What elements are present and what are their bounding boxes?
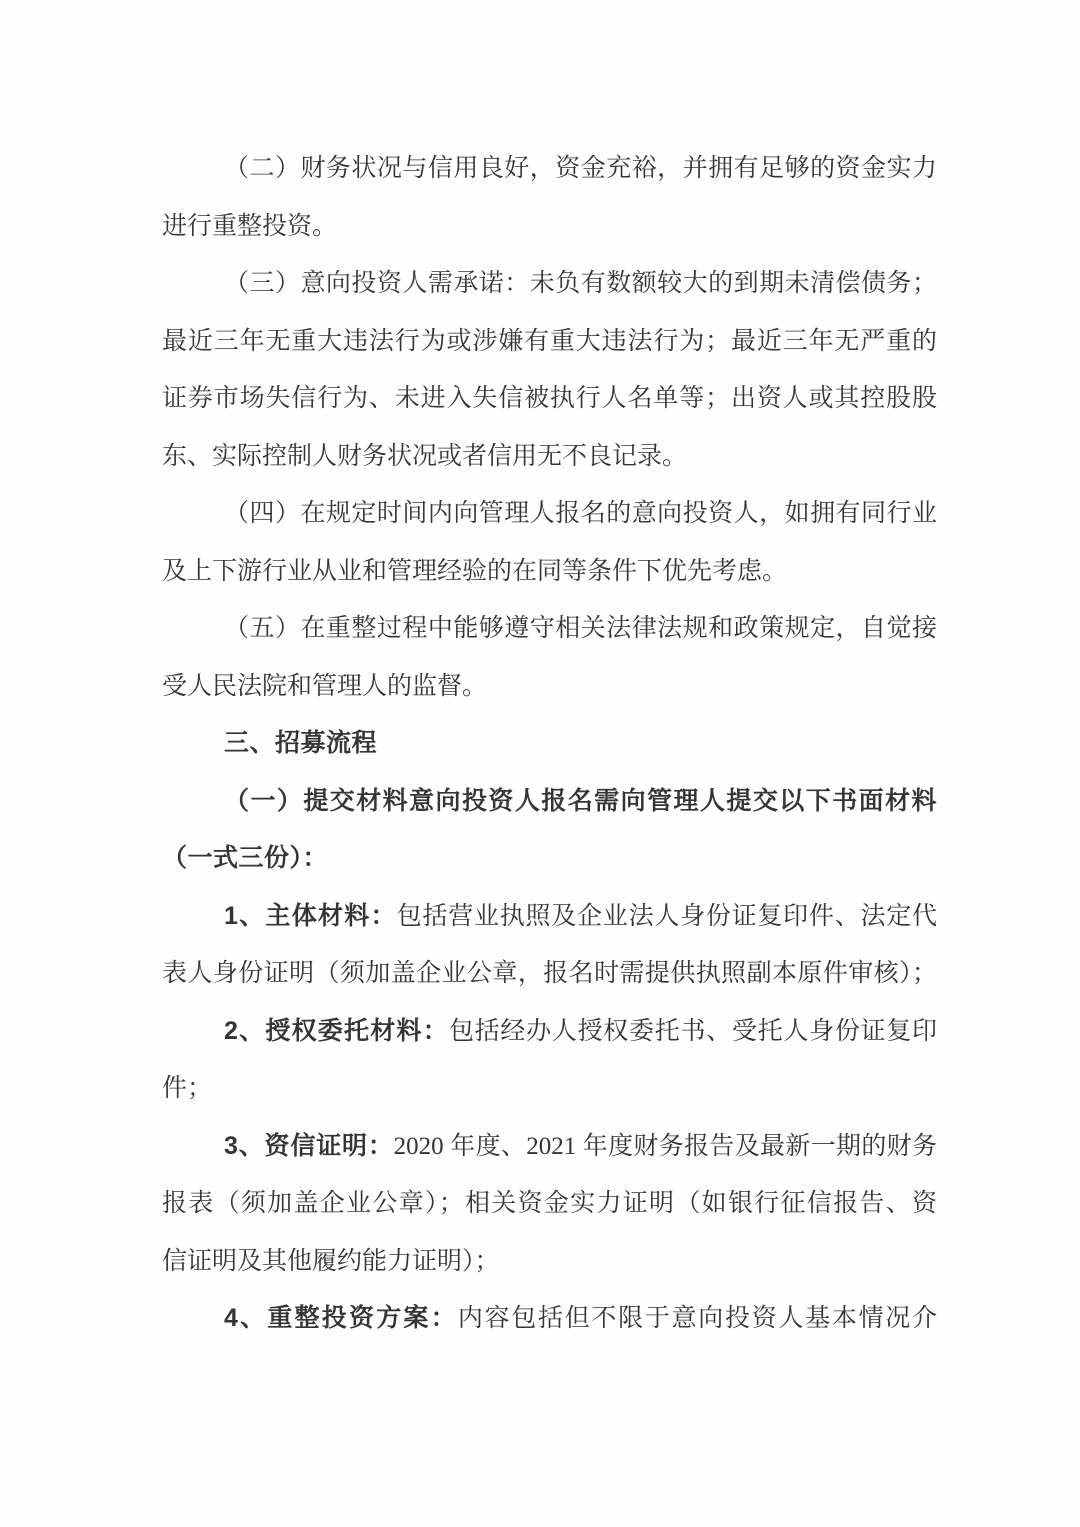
document-page: （二）财务状况与信用良好，资金充裕，并拥有足够的资金实力进行重整投资。（三）意向… — [0, 0, 1080, 1527]
text-run: 东、实际控制人财务状况或者信用无不良记录。 — [162, 443, 687, 470]
document-line: 4、重整投资方案：内容包括但不限于意向投资人基本情况介绍、 — [162, 1290, 937, 1348]
bold-text-run: 3、资信证明： — [224, 1132, 394, 1160]
text-run: 最近三年无重大违法行为或涉嫌有重大违法行为；最近三年无严重的 — [162, 328, 937, 355]
text-run: （三）意向投资人需承诺：未负有数额较大的到期未清偿债务； — [224, 270, 937, 297]
document-line: 件； — [162, 1060, 937, 1118]
text-run: 及上下游行业从业和管理经验的在同等条件下优先考虑。 — [162, 558, 787, 585]
bold-text-run: 2、授权委托材料： — [224, 1017, 449, 1045]
text-run: （二）财务状况与信用良好，资金充裕，并拥有足够的资金实力 — [224, 155, 937, 182]
text-run: 进行重整投资。 — [162, 213, 337, 240]
document-line: 证券市场失信行为、未进入失信被执行人名单等；出资人或其控股股 — [162, 370, 937, 428]
document-line: 最近三年无重大违法行为或涉嫌有重大违法行为；最近三年无严重的 — [162, 313, 937, 371]
bold-text-run: 三、招募流程 — [224, 729, 377, 757]
text-run: 信证明及其他履约能力证明）； — [162, 1248, 500, 1275]
bold-text-run: （一式三份）： — [162, 844, 328, 872]
document-line: 表人身份证明（须加盖企业公章，报名时需提供执照副本原件审核）； — [162, 945, 937, 1003]
document-line: （一式三份）： — [162, 830, 937, 888]
text-run: 2020 年度、2021 年度财务报告及最新一期的财务 — [394, 1133, 937, 1160]
document-line: （五）在重整过程中能够遵守相关法律法规和政策规定，自觉接 — [162, 600, 937, 658]
text-run: 件； — [162, 1075, 212, 1102]
bold-text-run: 1、主体材料： — [224, 902, 397, 930]
document-line: 三、招募流程 — [162, 715, 937, 773]
text-run: 包括营业执照及企业法人身份证复印件、法定代 — [397, 903, 937, 930]
text-run: 受人民法院和管理人的监督。 — [162, 673, 487, 700]
document-line: （三）意向投资人需承诺：未负有数额较大的到期未清偿债务； — [162, 255, 937, 313]
document-line: 及上下游行业从业和管理经验的在同等条件下优先考虑。 — [162, 543, 937, 601]
document-line: 1、主体材料：包括营业执照及企业法人身份证复印件、法定代 — [162, 888, 937, 946]
document-line: （一）提交材料意向投资人报名需向管理人提交以下书面材料 — [162, 773, 937, 831]
document-line: 信证明及其他履约能力证明）； — [162, 1233, 937, 1291]
text-run: 证券市场失信行为、未进入失信被执行人名单等；出资人或其控股股 — [162, 385, 937, 412]
document-line: 报表（须加盖企业公章）；相关资金实力证明（如银行征信报告、资 — [162, 1175, 937, 1233]
text-run: （五）在重整过程中能够遵守相关法律法规和政策规定，自觉接 — [224, 615, 937, 642]
document-line: （二）财务状况与信用良好，资金充裕，并拥有足够的资金实力 — [162, 140, 937, 198]
document-line: （四）在规定时间内向管理人报名的意向投资人，如拥有同行业 — [162, 485, 937, 543]
document-line: 进行重整投资。 — [162, 198, 937, 256]
text-run: （四）在规定时间内向管理人报名的意向投资人，如拥有同行业 — [224, 500, 937, 527]
bold-text-run: 4、重整投资方案： — [224, 1304, 458, 1332]
document-line: 受人民法院和管理人的监督。 — [162, 658, 937, 716]
text-run: 表人身份证明（须加盖企业公章，报名时需提供执照副本原件审核）； — [162, 960, 937, 987]
document-line: 2、授权委托材料：包括经办人授权委托书、受托人身份证复印 — [162, 1003, 937, 1061]
document-line: 东、实际控制人财务状况或者信用无不良记录。 — [162, 428, 937, 486]
text-run: 包括经办人授权委托书、受托人身份证复印 — [449, 1018, 937, 1045]
document-line: 3、资信证明：2020 年度、2021 年度财务报告及最新一期的财务 — [162, 1118, 937, 1176]
bold-text-run: （一）提交材料意向投资人报名需向管理人提交以下书面材料 — [224, 787, 937, 815]
document-content: （二）财务状况与信用良好，资金充裕，并拥有足够的资金实力进行重整投资。（三）意向… — [162, 140, 937, 1348]
text-run: 报表（须加盖企业公章）；相关资金实力证明（如银行征信报告、资 — [162, 1190, 937, 1217]
